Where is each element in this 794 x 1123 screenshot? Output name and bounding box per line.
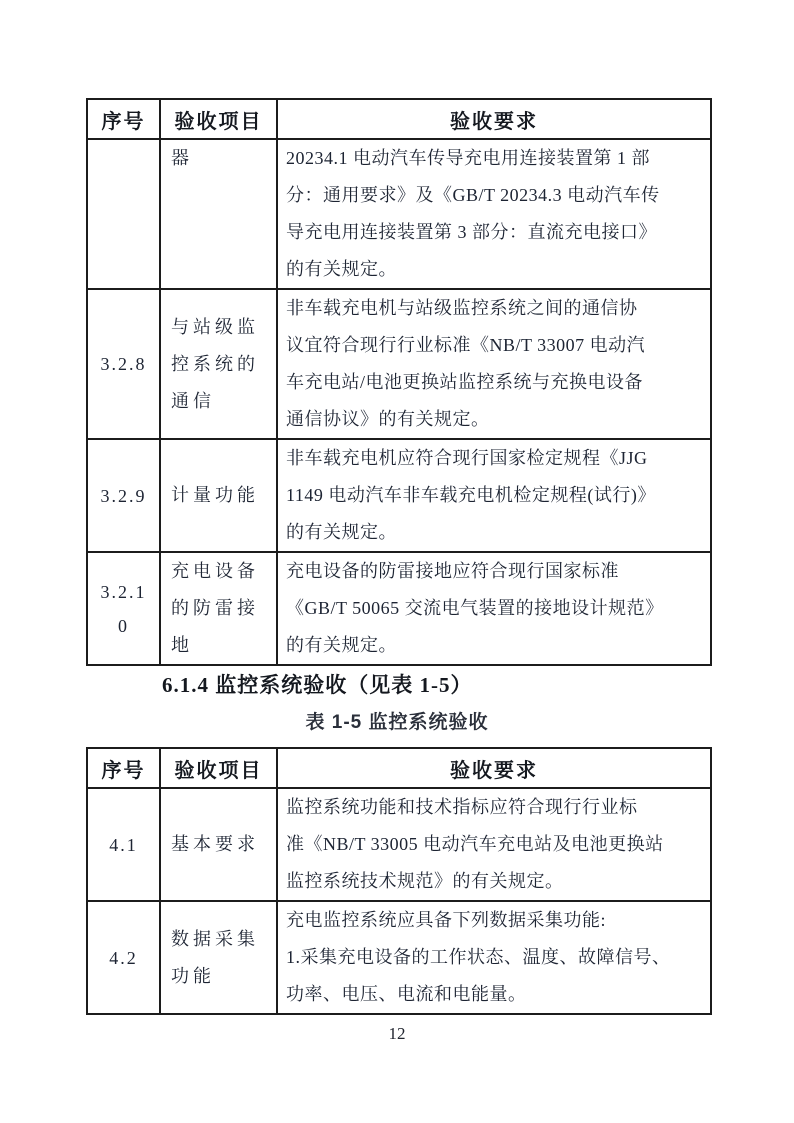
cell-seq [87, 139, 160, 289]
document-page: 序号 验收项目 验收要求 器 20234.1 电动汽车传导充电用连接装置第 1 … [0, 0, 794, 1123]
cell-item: 计量功能 [160, 439, 277, 552]
cell-seq: 3.2.9 [87, 439, 160, 552]
cell-seq: 3.2.8 [87, 289, 160, 439]
cell-item: 数据采集功能 [160, 901, 277, 1014]
table-header-row: 序号 验收项目 验收要求 [87, 99, 711, 139]
table-row: 3.2.8 与站级监控系统的通信 非车载充电机与站级监控系统之间的通信协 议宜符… [87, 289, 711, 439]
table-row: 器 20234.1 电动汽车传导充电用连接装置第 1 部 分：通用要求》及《GB… [87, 139, 711, 289]
table-header-row: 序号 验收项目 验收要求 [87, 748, 711, 788]
cell-requirement: 充电监控系统应具备下列数据采集功能: 1.采集充电设备的工作状态、温度、故障信号… [277, 901, 711, 1014]
cell-requirement: 非车载充电机与站级监控系统之间的通信协 议宜符合现行行业标准《NB/T 3300… [277, 289, 711, 439]
table-row: 3.2.1 0 充电设备的防雷接地 充电设备的防雷接地应符合现行国家标准 《GB… [87, 552, 711, 665]
column-header-seq: 序号 [87, 99, 160, 139]
cell-requirement: 监控系统功能和技术指标应符合现行行业标 准《NB/T 33005 电动汽车充电站… [277, 788, 711, 901]
column-header-item: 验收项目 [160, 748, 277, 788]
column-header-requirement: 验收要求 [277, 748, 711, 788]
table-caption: 表 1-5 监控系统验收 [0, 707, 794, 734]
column-header-requirement: 验收要求 [277, 99, 711, 139]
acceptance-table-1-4: 序号 验收项目 验收要求 器 20234.1 电动汽车传导充电用连接装置第 1 … [86, 98, 712, 666]
cell-seq: 3.2.1 0 [87, 552, 160, 665]
table-row: 3.2.9 计量功能 非车载充电机应符合现行国家检定规程《JJG 1149 电动… [87, 439, 711, 552]
page-number: 12 [0, 1024, 794, 1044]
acceptance-table-1-5: 序号 验收项目 验收要求 4.1 基本要求 监控系统功能和技术指标应符合现行行业… [86, 747, 712, 1015]
cell-seq: 4.2 [87, 901, 160, 1014]
column-header-item: 验收项目 [160, 99, 277, 139]
cell-seq: 4.1 [87, 788, 160, 901]
table-row: 4.2 数据采集功能 充电监控系统应具备下列数据采集功能: 1.采集充电设备的工… [87, 901, 711, 1014]
cell-item: 基本要求 [160, 788, 277, 901]
cell-requirement: 20234.1 电动汽车传导充电用连接装置第 1 部 分：通用要求》及《GB/T… [277, 139, 711, 289]
table-row: 4.1 基本要求 监控系统功能和技术指标应符合现行行业标 准《NB/T 3300… [87, 788, 711, 901]
cell-item: 器 [160, 139, 277, 289]
column-header-seq: 序号 [87, 748, 160, 788]
section-heading: 6.1.4 监控系统验收（见表 1-5） [162, 669, 473, 699]
cell-requirement: 非车载充电机应符合现行国家检定规程《JJG 1149 电动汽车非车载充电机检定规… [277, 439, 711, 552]
cell-item: 充电设备的防雷接地 [160, 552, 277, 665]
cell-requirement: 充电设备的防雷接地应符合现行国家标准 《GB/T 50065 交流电气装置的接地… [277, 552, 711, 665]
cell-item: 与站级监控系统的通信 [160, 289, 277, 439]
